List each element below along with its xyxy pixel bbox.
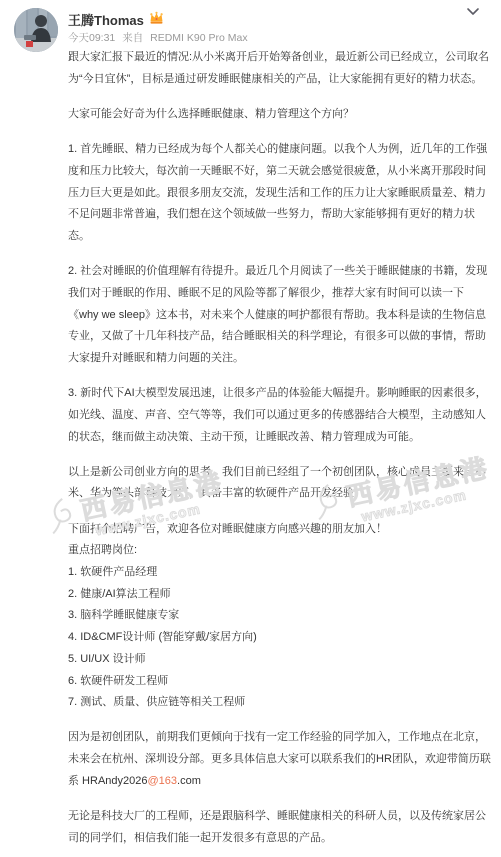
- post-line: 5. UI/UX 设计师: [68, 649, 494, 671]
- post-meta: 今天09:31 来自 REDMI K90 Pro Max: [68, 33, 252, 44]
- device-source[interactable]: REDMI K90 Pro Max: [150, 32, 247, 44]
- post-paragraph: 因为是初创团队，前期我们更倾向于找有一定工作经验的同学加入，工作地点在北京，未来…: [68, 727, 494, 792]
- email-mention-link[interactable]: @163: [148, 775, 178, 787]
- author-name[interactable]: 王腾Thomas: [68, 14, 144, 27]
- post-paragraph: 3. 新时代下AI大模型发展迅速，让很多产品的体验能大幅提升。影响睡眠的因素很多…: [68, 383, 494, 448]
- weibo-post-card: 王腾Thomas 今天09:31 来自 REDMI K90 Pro Max 跟大…: [0, 0, 501, 857]
- post-paragraph: 2. 社会对睡眠的价值理解有待提升。最近几个月阅读了一些关于睡眠健康的书籍，发现…: [68, 261, 494, 370]
- post-line: 4. ID&CMF设计师 (智能穿戴/家居方向): [68, 627, 494, 649]
- post-line: 下面打个招聘广告，欢迎各位对睡眠健康方向感兴趣的朋友加入！: [68, 519, 494, 541]
- avatar[interactable]: [14, 8, 58, 52]
- post-line: 1. 软硬件产品经理: [68, 562, 494, 584]
- post-header: 王腾Thomas: [68, 12, 164, 29]
- post-line: 3. 脑科学睡眠健康专家: [68, 605, 494, 627]
- post-line: 7. 测试、质量、供应链等相关工程师: [68, 692, 494, 714]
- post-line: 重点招聘岗位:: [68, 540, 494, 562]
- source-label: 来自: [122, 32, 143, 44]
- post-paragraph: 以上是新公司创业方向的思考，我们目前已经组了一个初创团队，核心成员主要来自小米、…: [68, 462, 494, 505]
- post-text: 因为是初创团队，前期我们更倾向于找有一定工作经验的同学加入，工作地点在北京，未来…: [68, 731, 491, 786]
- vip-crown-icon: [149, 11, 164, 29]
- post-body: 跟大家汇报下最近的情况:从小米离开后开始筹备创业，最近新公司已经成立，公司取名为…: [68, 47, 494, 850]
- post-line: 2. 健康/AI算法工程师: [68, 584, 494, 606]
- post-paragraph: 无论是科技大厂的工程师，还是跟脑科学、睡眠健康相关的科研人员，以及传统家居公司的…: [68, 806, 494, 849]
- post-paragraph: 跟大家汇报下最近的情况:从小米离开后开始筹备创业，最近新公司已经成立，公司取名为…: [68, 47, 494, 90]
- post-time: 今天09:31: [68, 32, 115, 44]
- chevron-down-icon[interactable]: [465, 5, 481, 17]
- post-paragraph: 下面打个招聘广告，欢迎各位对睡眠健康方向感兴趣的朋友加入！重点招聘岗位:1. 软…: [68, 519, 494, 714]
- post-paragraph: 1. 首先睡眠、精力已经成为每个人都关心的健康问题。以我个人为例，近几年的工作强…: [68, 139, 494, 248]
- post-text: .com: [177, 775, 201, 787]
- post-line: 6. 软硬件研发工程师: [68, 671, 494, 693]
- post-paragraph: 大家可能会好奇为什么选择睡眠健康、精力管理这个方向？: [68, 104, 494, 126]
- avatar-photo: [14, 8, 58, 52]
